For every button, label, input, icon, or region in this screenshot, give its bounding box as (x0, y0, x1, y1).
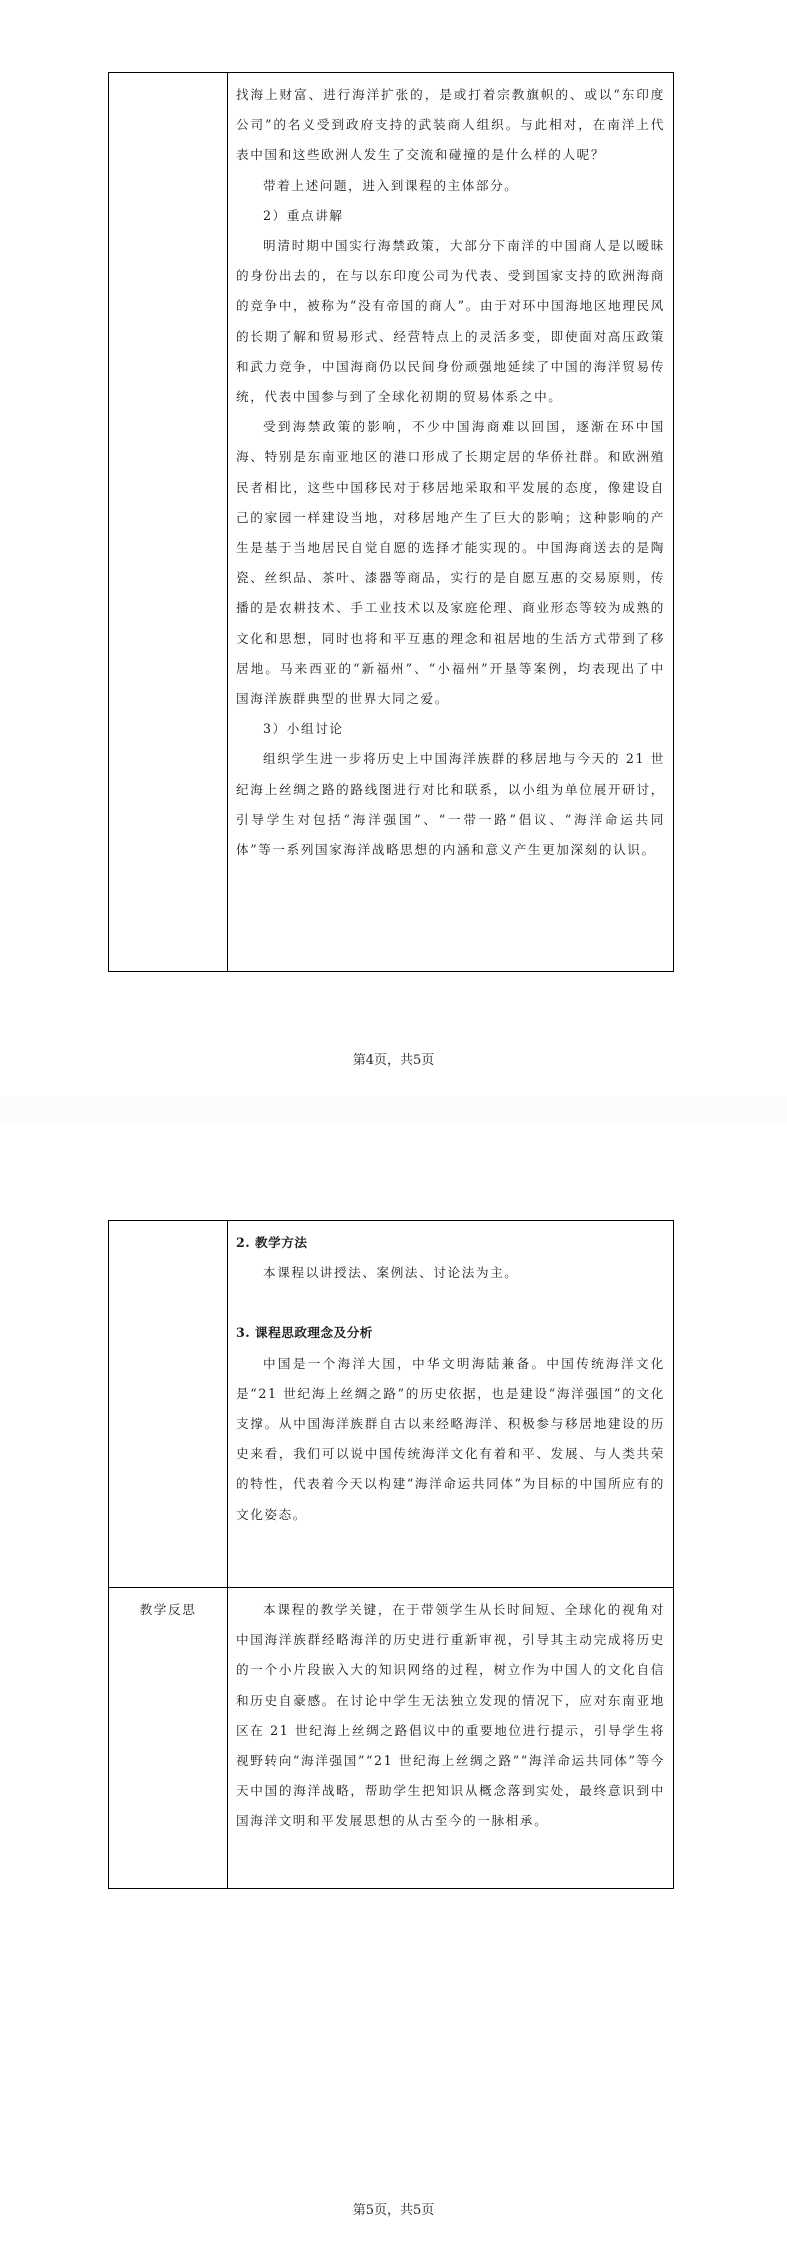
table-row: 教学反思 本课程的教学关键，在于带领学生从长时间短、全球化的视角对中国海洋族群经… (109, 1588, 674, 1889)
section-heading-teaching-methods: 2. 教学方法 (236, 1228, 665, 1258)
spacer (236, 1288, 665, 1318)
row-label-teaching-reflection: 教学反思 (109, 1588, 227, 1625)
section-heading-key-explanation: 2）重点讲解 (236, 201, 665, 231)
paragraph-overseas-communities: 受到海禁政策的影响，不少中国海商难以回国，逐渐在环中国海、特别是东南亚地区的港口… (236, 412, 665, 714)
page-footer-5: 第5页，共5页 (0, 2199, 787, 2218)
row-label (109, 1221, 227, 1228)
paragraph-ideology-analysis: 中国是一个海洋大国，中华文明海陆兼备。中国传统海洋文化是“21 世纪海上丝绸之路… (236, 1349, 665, 1530)
paragraph-ming-qing-merchants: 明清时期中国实行海禁政策，大部分下南洋的中国商人是以暧昧的身份出去的，在与以东印… (236, 231, 665, 412)
paragraph-teaching-methods: 本课程以讲授法、案例法、讨论法为主。 (236, 1258, 665, 1288)
row-label (109, 73, 227, 80)
page-separator (0, 1097, 787, 1123)
paragraph-transition: 带着上述问题，进入到课程的主体部分。 (236, 171, 665, 201)
row-label-cell: 教学反思 (109, 1588, 228, 1889)
paragraph-intro-continuation: 找海上财富、进行海洋扩张的，是或打着宗教旗帜的、或以“东印度公司”的名义受到政府… (236, 80, 665, 171)
page-footer-4: 第4页，共5页 (0, 1049, 787, 1068)
section-heading-group-discussion: 3）小组讨论 (236, 714, 665, 744)
table-row: 找海上财富、进行海洋扩张的，是或打着宗教旗帜的、或以“东印度公司”的名义受到政府… (109, 73, 674, 972)
lesson-plan-table-page-5: 2. 教学方法 本课程以讲授法、案例法、讨论法为主。 3. 课程思政理念及分析 … (108, 1220, 674, 1889)
content-cell: 本课程的教学关键，在于带领学生从长时间短、全球化的视角对中国海洋族群经略海洋的历… (228, 1588, 674, 1889)
paragraph-group-discussion: 组织学生进一步将历史上中国海洋族群的移居地与今天的 21 世纪海上丝绸之路的路线… (236, 744, 665, 865)
lesson-plan-table-page-4: 找海上财富、进行海洋扩张的，是或打着宗教旗帜的、或以“东印度公司”的名义受到政府… (108, 72, 674, 972)
section-heading-ideology-analysis: 3. 课程思政理念及分析 (236, 1318, 665, 1348)
paragraph-teaching-reflection: 本课程的教学关键，在于带领学生从长时间短、全球化的视角对中国海洋族群经略海洋的历… (236, 1595, 665, 1837)
row-label-cell (109, 73, 228, 972)
content-cell: 2. 教学方法 本课程以讲授法、案例法、讨论法为主。 3. 课程思政理念及分析 … (228, 1221, 674, 1588)
table-row: 2. 教学方法 本课程以讲授法、案例法、讨论法为主。 3. 课程思政理念及分析 … (109, 1221, 674, 1588)
row-label-cell (109, 1221, 228, 1588)
content-cell: 找海上财富、进行海洋扩张的，是或打着宗教旗帜的、或以“东印度公司”的名义受到政府… (228, 73, 674, 972)
